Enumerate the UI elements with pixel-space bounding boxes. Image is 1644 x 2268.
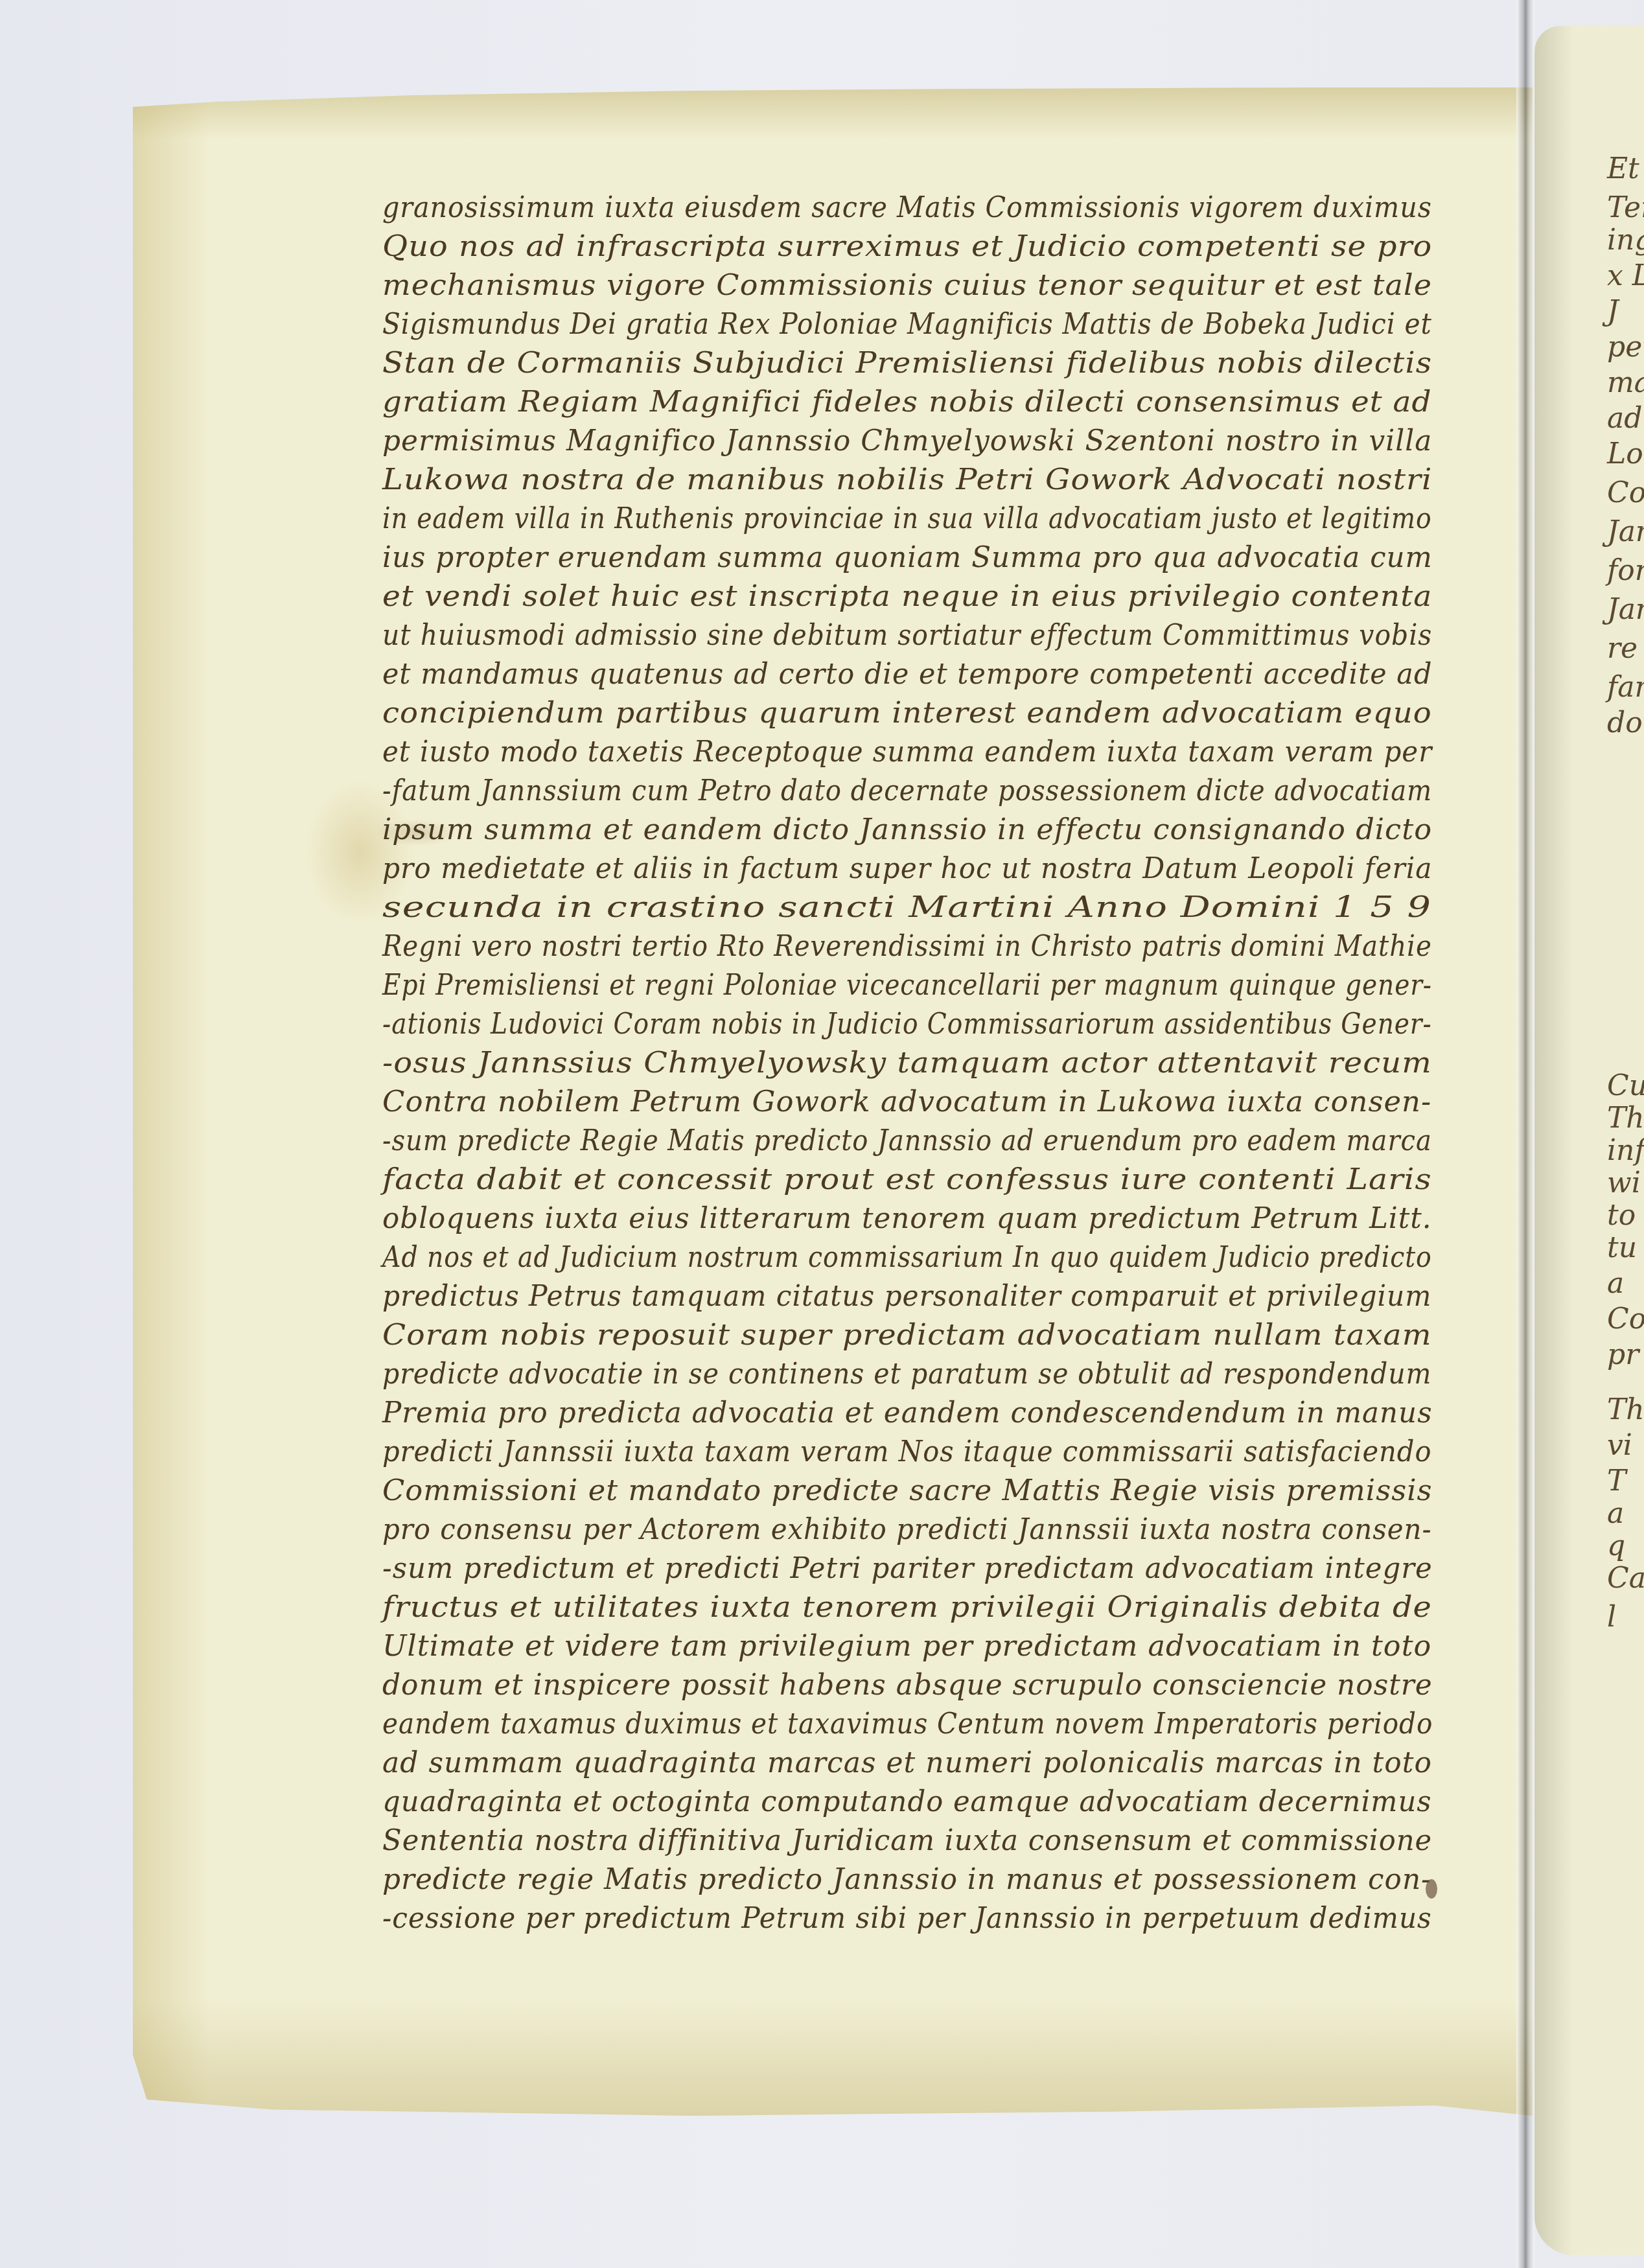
right-fragment: Ca bbox=[1607, 1562, 1644, 1595]
right-fragment: Et d bbox=[1607, 152, 1644, 185]
text-line: mechanismus vigore Commissionis cuius te… bbox=[382, 269, 1432, 302]
right-fragment: re bbox=[1607, 632, 1638, 665]
right-fragment: fan bbox=[1607, 671, 1644, 704]
text-line: -ationis Ludovici Coram nobis in Judicio… bbox=[382, 1008, 1432, 1041]
right-fragment: tu bbox=[1607, 1231, 1637, 1264]
text-line: et mandamus quatenus ad certo die et tem… bbox=[382, 658, 1432, 691]
text-line: et vendi solet huic est inscripta neque … bbox=[382, 580, 1432, 613]
right-fragment: T bbox=[1607, 1464, 1626, 1498]
right-fragment: wi bbox=[1607, 1166, 1641, 1199]
right-fragment: Lou bbox=[1607, 437, 1644, 470]
text-line: Commissioni et mandato predicte sacre Ma… bbox=[382, 1474, 1433, 1507]
right-fragment: forb bbox=[1607, 554, 1644, 587]
text-line: secunda in crastino sancti Martini Anno … bbox=[382, 891, 1431, 924]
text-line: gratiam Regiam Magnifici fideles nobis d… bbox=[382, 386, 1432, 419]
text-line: Stan de Cormaniis Subjudici Premisliensi… bbox=[382, 347, 1432, 380]
text-line: eandem taxamus duximus et taxavimus Cent… bbox=[382, 1707, 1433, 1741]
text-line: pro consensu per Actorem exhibito predic… bbox=[382, 1513, 1432, 1546]
right-fragment: a bbox=[1607, 1267, 1624, 1300]
text-line: Epi Premisliensi et regni Poloniae vicec… bbox=[382, 969, 1432, 1002]
text-line: granosissimum iuxta eiusdem sacre Matis … bbox=[382, 191, 1432, 224]
text-line: Coram nobis reposuit super predictam adv… bbox=[382, 1319, 1432, 1352]
text-line: donum et inspicere possit habens absque … bbox=[382, 1669, 1433, 1702]
text-line: ius propter eruendam summa quoniam Summa… bbox=[382, 541, 1433, 574]
text-line: Ad nos et ad Judicium nostrum commissari… bbox=[382, 1241, 1432, 1274]
text-line: Ultimate et videre tam privilegium per p… bbox=[382, 1630, 1431, 1663]
right-fragment: ma bbox=[1607, 366, 1644, 399]
right-fragment: ingf bbox=[1607, 224, 1644, 257]
right-fragment: inf bbox=[1607, 1134, 1644, 1167]
text-line: Contra nobilem Petrum Gowork advocatum i… bbox=[382, 1085, 1431, 1118]
text-line: Sigismundus Dei gratia Rex Poloniae Magn… bbox=[382, 308, 1432, 341]
text-line: -sum predicte Regie Matis predicto Janns… bbox=[382, 1124, 1432, 1157]
right-fragment: adu bbox=[1607, 402, 1644, 435]
right-fragment: q bbox=[1607, 1529, 1625, 1562]
text-line: -sum predictum et predicti Petri pariter… bbox=[382, 1552, 1433, 1585]
right-fragment: Cond bbox=[1607, 476, 1644, 509]
text-line: predicte regie Matis predicto Jannssio i… bbox=[382, 1863, 1431, 1896]
text-line: -osus Jannssius Chmyelyowsky tamquam act… bbox=[382, 1047, 1432, 1080]
text-line: -cessione per predictum Petrum sibi per … bbox=[382, 1902, 1432, 1935]
text-line: ut huiusmodi admissio sine debitum sorti… bbox=[382, 619, 1432, 652]
text-line: predicte advocatie in se continens et pa… bbox=[382, 1358, 1431, 1391]
right-fragment: x L bbox=[1607, 259, 1644, 292]
text-line: ipsum summa et eandem dicto Jannssio in … bbox=[382, 813, 1432, 846]
right-fragment: Tenu bbox=[1607, 191, 1644, 224]
text-line: predicti Jannssii iuxta taxam veram Nos … bbox=[382, 1435, 1431, 1468]
right-fragment: pr bbox=[1607, 1338, 1639, 1371]
right-fragment: Co bbox=[1607, 1302, 1644, 1336]
text-line: concipiendum partibus quarum interest ea… bbox=[382, 697, 1432, 730]
text-line: ad summam quadraginta marcas et numeri p… bbox=[382, 1746, 1432, 1779]
text-line: facta dabit et concessit prout est confe… bbox=[382, 1163, 1432, 1196]
right-fragment: dot bbox=[1607, 706, 1644, 739]
text-line: Regni vero nostri tertio Rto Reverendiss… bbox=[382, 930, 1432, 963]
text-line: Quo nos ad infrascripta surreximus et Ju… bbox=[382, 230, 1432, 263]
text-line: predictus Petrus tamquam citatus persona… bbox=[382, 1280, 1432, 1313]
text-line: Lukowa nostra de manibus nobilis Petri G… bbox=[382, 463, 1433, 496]
text-line: fructus et utilitates iuxta tenorem priv… bbox=[382, 1591, 1432, 1624]
ink-blot bbox=[1426, 1879, 1437, 1899]
text-line: permisimus Magnifico Jannssio Chmyelyows… bbox=[382, 424, 1432, 457]
text-line: -fatum Jannssium cum Petro dato decernat… bbox=[382, 774, 1432, 807]
right-fragment: Jam bbox=[1607, 515, 1644, 548]
text-line: in eadem villa in Ruthenis provinciae in… bbox=[382, 502, 1432, 535]
right-fragment: J bbox=[1607, 295, 1619, 328]
text-line: et iusto modo taxetis Receptoque summa e… bbox=[382, 735, 1432, 769]
text-line: Sententia nostra diffinitiva Juridicam i… bbox=[382, 1824, 1432, 1857]
text-line: obloquens iuxta eius litterarum tenorem … bbox=[382, 1202, 1432, 1235]
book-gutter bbox=[1516, 0, 1534, 2268]
text-line: pro medietate et aliis in factum super h… bbox=[382, 852, 1432, 885]
text-line: quadraginta et octoginta computando eamq… bbox=[382, 1785, 1432, 1818]
right-fragment: pet bbox=[1607, 330, 1644, 364]
right-fragment: Cum bbox=[1607, 1069, 1644, 1102]
text-line: Premia pro predicta advocatia et eandem … bbox=[382, 1396, 1432, 1429]
right-fragment: a bbox=[1607, 1497, 1624, 1530]
right-fragment: Thu bbox=[1607, 1393, 1644, 1426]
right-fragment: l bbox=[1607, 1601, 1616, 1634]
right-fragment: Jam bbox=[1607, 593, 1644, 626]
right-fragment: The bbox=[1607, 1102, 1644, 1135]
right-fragment: to bbox=[1607, 1199, 1636, 1232]
right-fragment: vi bbox=[1607, 1429, 1632, 1462]
